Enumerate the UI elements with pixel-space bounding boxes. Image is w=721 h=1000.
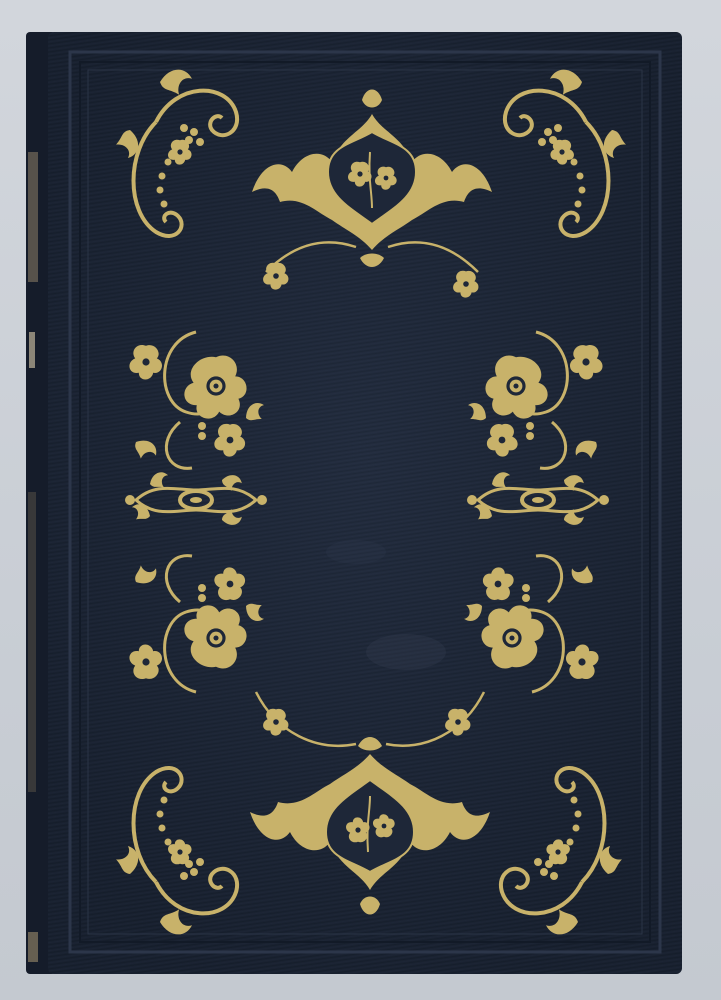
book-cover-illustration	[26, 32, 682, 974]
book-cover	[26, 32, 682, 974]
